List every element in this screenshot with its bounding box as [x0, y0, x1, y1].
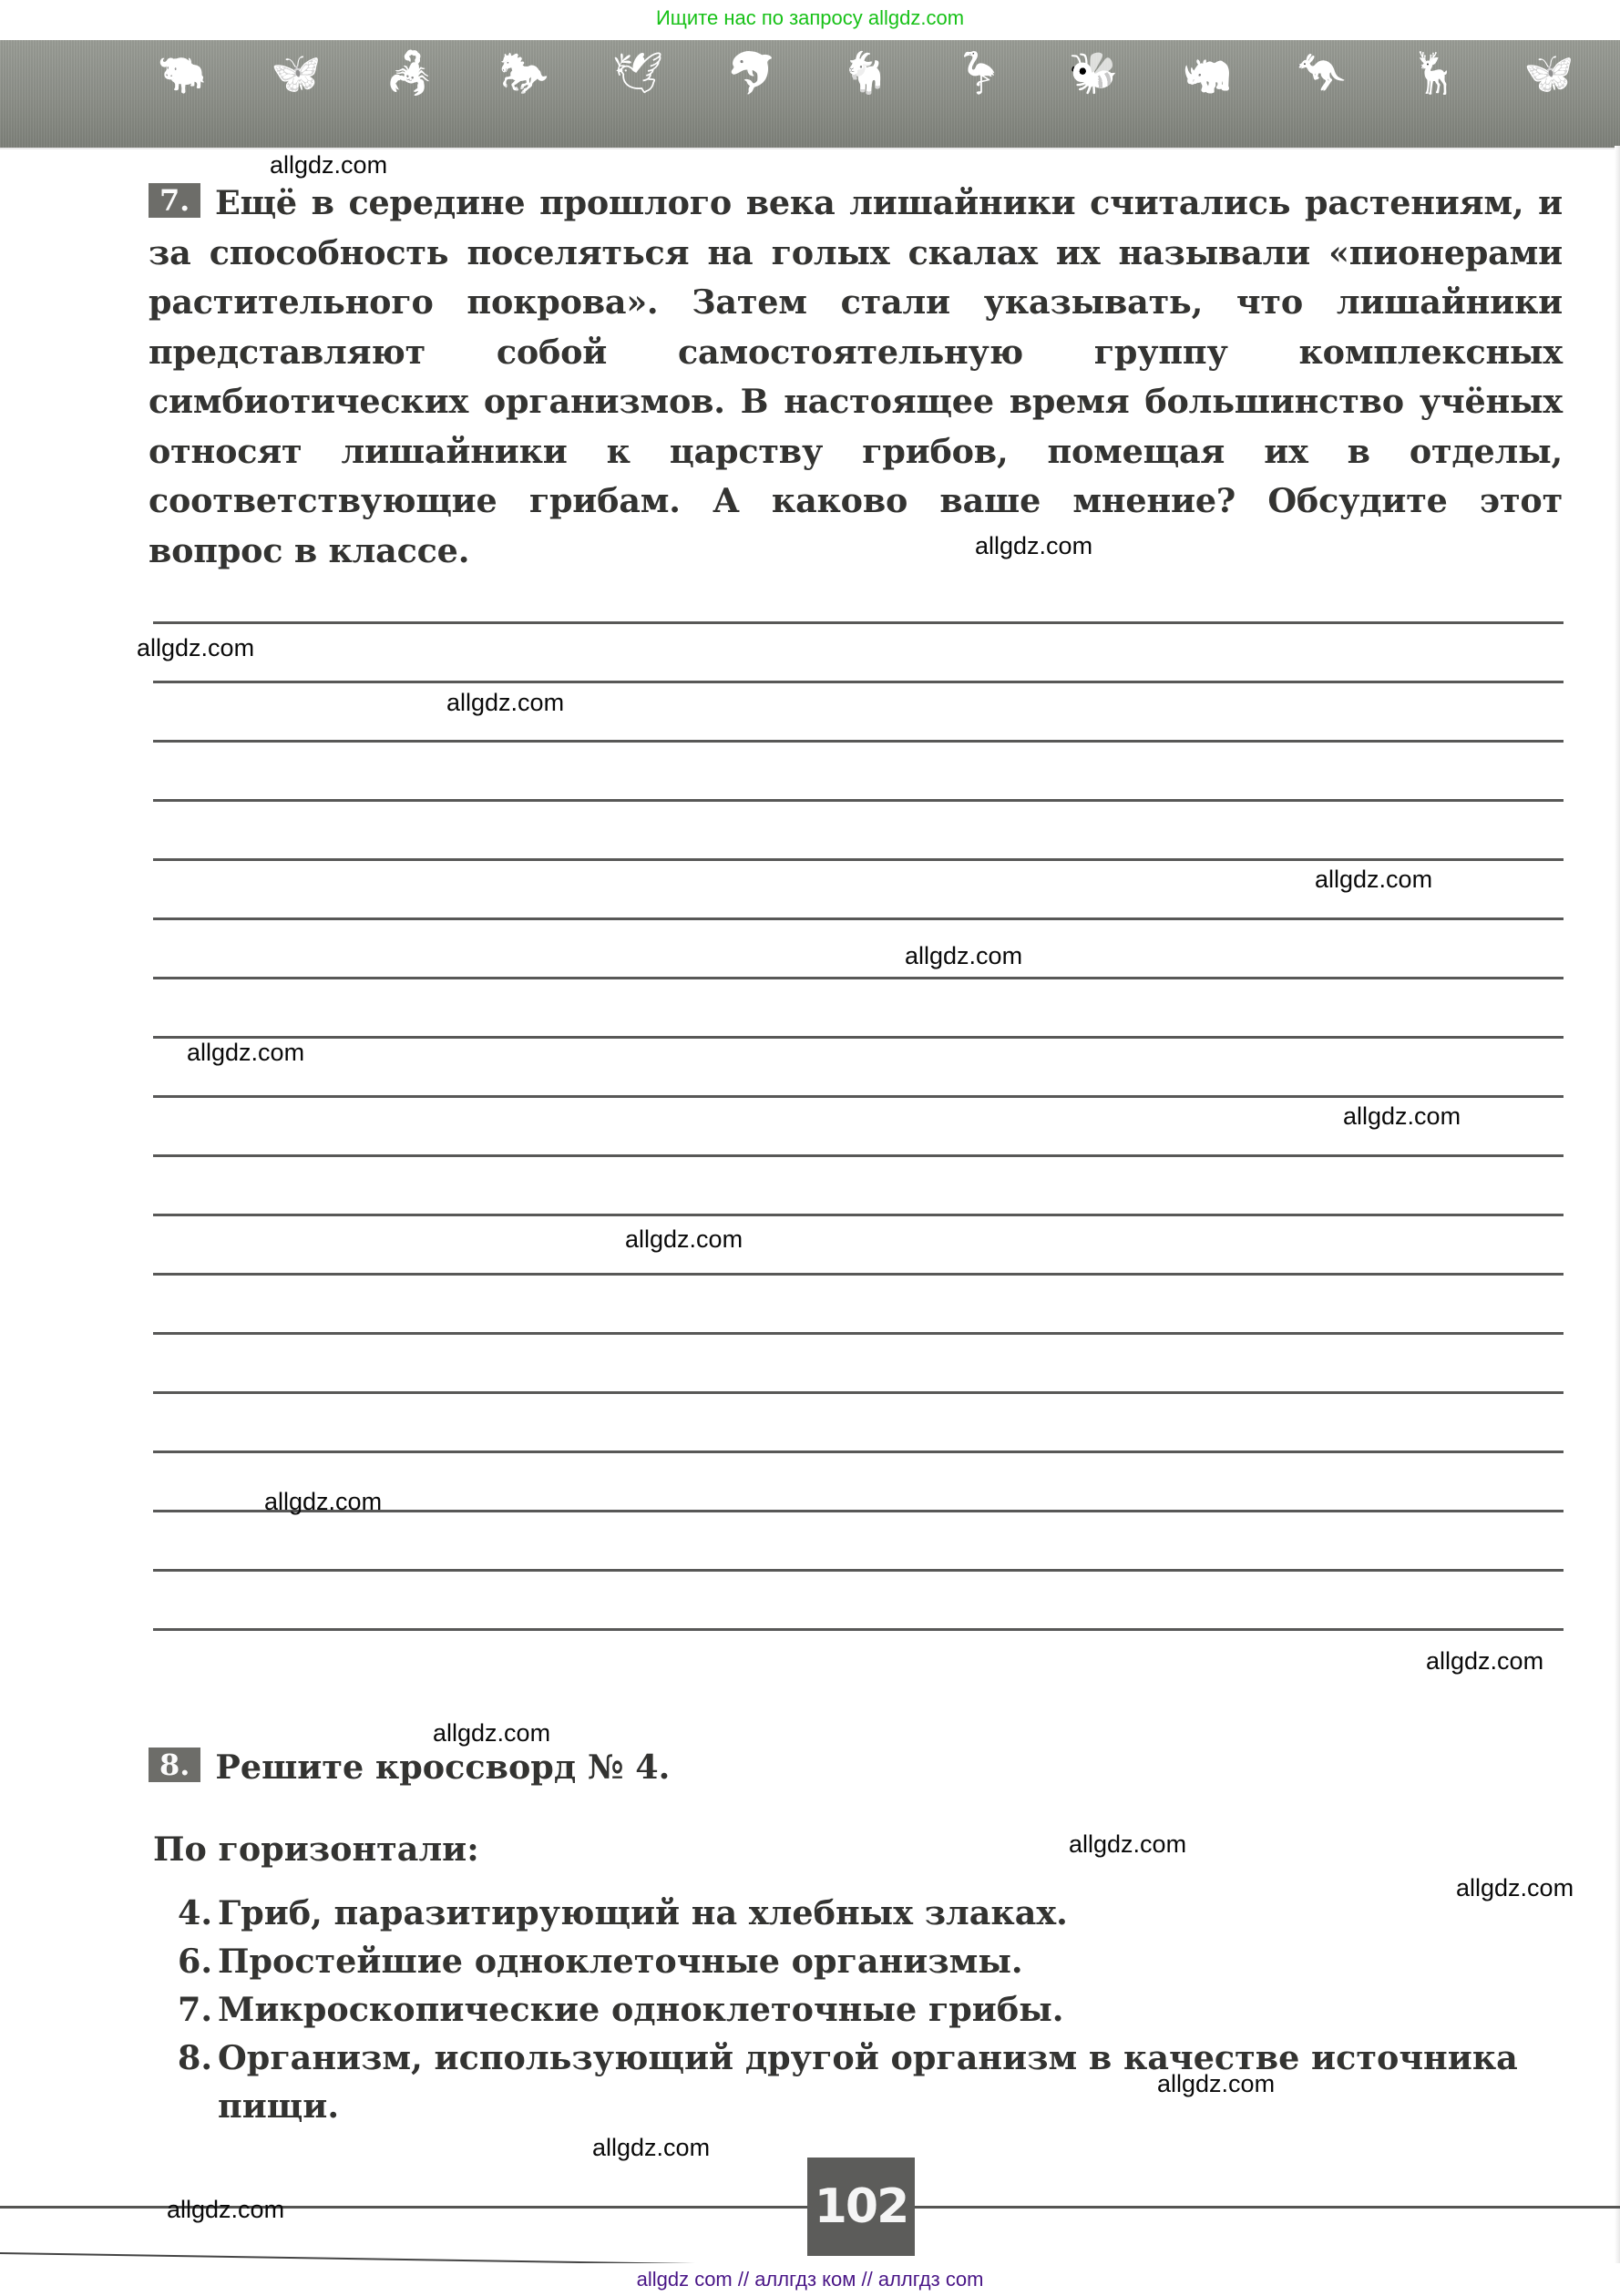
answer-line[interactable]: [153, 1569, 1564, 1572]
goat-icon: 🐐: [838, 51, 893, 97]
answer-line[interactable]: [153, 1391, 1564, 1394]
scorpion-icon: 🦂: [383, 51, 437, 97]
butterfly-icon: 🦋: [1522, 51, 1576, 97]
watermark-text: allgdz.com: [1069, 1830, 1186, 1859]
horse-icon: 🐎: [497, 51, 551, 97]
watermark-text: allgdz.com: [1315, 866, 1432, 894]
answer-line[interactable]: [153, 1273, 1564, 1276]
answer-line[interactable]: [153, 1628, 1564, 1631]
answer-line[interactable]: [153, 858, 1564, 861]
top-watermark-banner[interactable]: Ищите нас по запросу allgdz.com: [0, 0, 1620, 36]
watermark-text: allgdz.com: [270, 151, 387, 179]
clue-number: 4.: [178, 1889, 218, 1937]
task-8: 8.Решите кроссворд № 4.: [149, 1748, 670, 1787]
butterfly-icon: 🦋: [269, 51, 323, 97]
crossword-clues: 4.Гриб, паразитирующий на хлебных злаках…: [178, 1889, 1567, 2130]
watermark-text: allgdz.com: [1456, 1874, 1574, 1902]
watermark-text: allgdz.com: [905, 942, 1022, 970]
watermark-text: allgdz.com: [592, 2134, 710, 2162]
watermark-text: allgdz.com: [433, 1719, 550, 1748]
clue-item: 6.Простейшие одноклеточные организмы.: [178, 1937, 1567, 1985]
watermark-text: allgdz.com: [1426, 1647, 1543, 1676]
watermark-text: allgdz.com: [264, 1488, 382, 1516]
clue-text: Простейшие одноклеточные организмы.: [218, 1937, 1567, 1985]
watermark-text: allgdz.com: [446, 689, 564, 717]
answer-line[interactable]: [153, 740, 1564, 743]
task-number-7: 7.: [149, 183, 200, 218]
task-8-title: Решите кроссворд № 4.: [215, 1748, 670, 1787]
answer-line[interactable]: [153, 1036, 1564, 1039]
watermark-text: allgdz.com: [975, 532, 1092, 560]
watermark-text: allgdz.com: [1157, 2070, 1275, 2098]
answer-line[interactable]: [153, 799, 1564, 802]
rhino-icon: 🦏: [1180, 51, 1235, 97]
answer-line[interactable]: [153, 1450, 1564, 1453]
clue-text: Микроскопические одноклеточные грибы.: [218, 1985, 1567, 2034]
meerkat-icon: 🦩: [952, 51, 1007, 97]
bison-icon: 🐃: [155, 51, 210, 97]
answer-line[interactable]: [153, 1154, 1564, 1157]
watermark-text: allgdz.com: [137, 634, 254, 662]
answer-line[interactable]: [153, 1332, 1564, 1335]
bird-icon: 🕊: [610, 51, 665, 97]
task-7: 7.Ещё в середине прошлого века лишайники…: [149, 179, 1563, 576]
animal-silhouettes-row: 🐃🦋🦂🐎🕊🐬🐐🦩🐝🦏🦘🦌🦋: [155, 51, 1576, 97]
watermark-text: allgdz.com: [187, 1039, 304, 1067]
page-number: 102: [807, 2158, 915, 2256]
clue-item: 8.Организм, использующий другой организм…: [178, 2034, 1567, 2130]
answer-line[interactable]: [153, 917, 1564, 920]
task-number-8: 8.: [149, 1748, 200, 1782]
kangaroo-icon: 🦘: [1294, 51, 1348, 97]
bottom-watermark-banner[interactable]: allgdz com // аллгдз ком // аллгдз com: [0, 2263, 1620, 2296]
clue-item: 4.Гриб, паразитирующий на хлебных злаках…: [178, 1889, 1567, 1937]
across-heading: По горизонтали:: [153, 1830, 479, 1869]
clue-text: Гриб, паразитирующий на хлебных злаках.: [218, 1889, 1567, 1937]
clue-number: 7.: [178, 1985, 218, 2034]
clue-item: 7.Микроскопические одноклеточные грибы.: [178, 1985, 1567, 2034]
clue-text: Организм, использующий другой организм в…: [218, 2034, 1567, 2130]
watermark-text: allgdz.com: [625, 1225, 743, 1254]
answer-line[interactable]: [153, 977, 1564, 979]
answer-line[interactable]: [153, 1095, 1564, 1098]
clue-number: 8.: [178, 2034, 218, 2130]
watermark-text: allgdz.com: [167, 2196, 284, 2224]
antelope-icon: 🦌: [1408, 51, 1462, 97]
insect-icon: 🐝: [1066, 51, 1121, 97]
watermark-text: allgdz.com: [1343, 1102, 1461, 1131]
page-edge-shadow: [1615, 146, 1620, 2269]
dolphin-icon: 🐬: [724, 51, 779, 97]
task-7-text: Ещё в середине прошлого века лишайники с…: [149, 183, 1563, 570]
answer-line[interactable]: [153, 1214, 1564, 1216]
answer-line[interactable]: [153, 621, 1564, 624]
clue-number: 6.: [178, 1937, 218, 1985]
answer-line[interactable]: [153, 681, 1564, 683]
